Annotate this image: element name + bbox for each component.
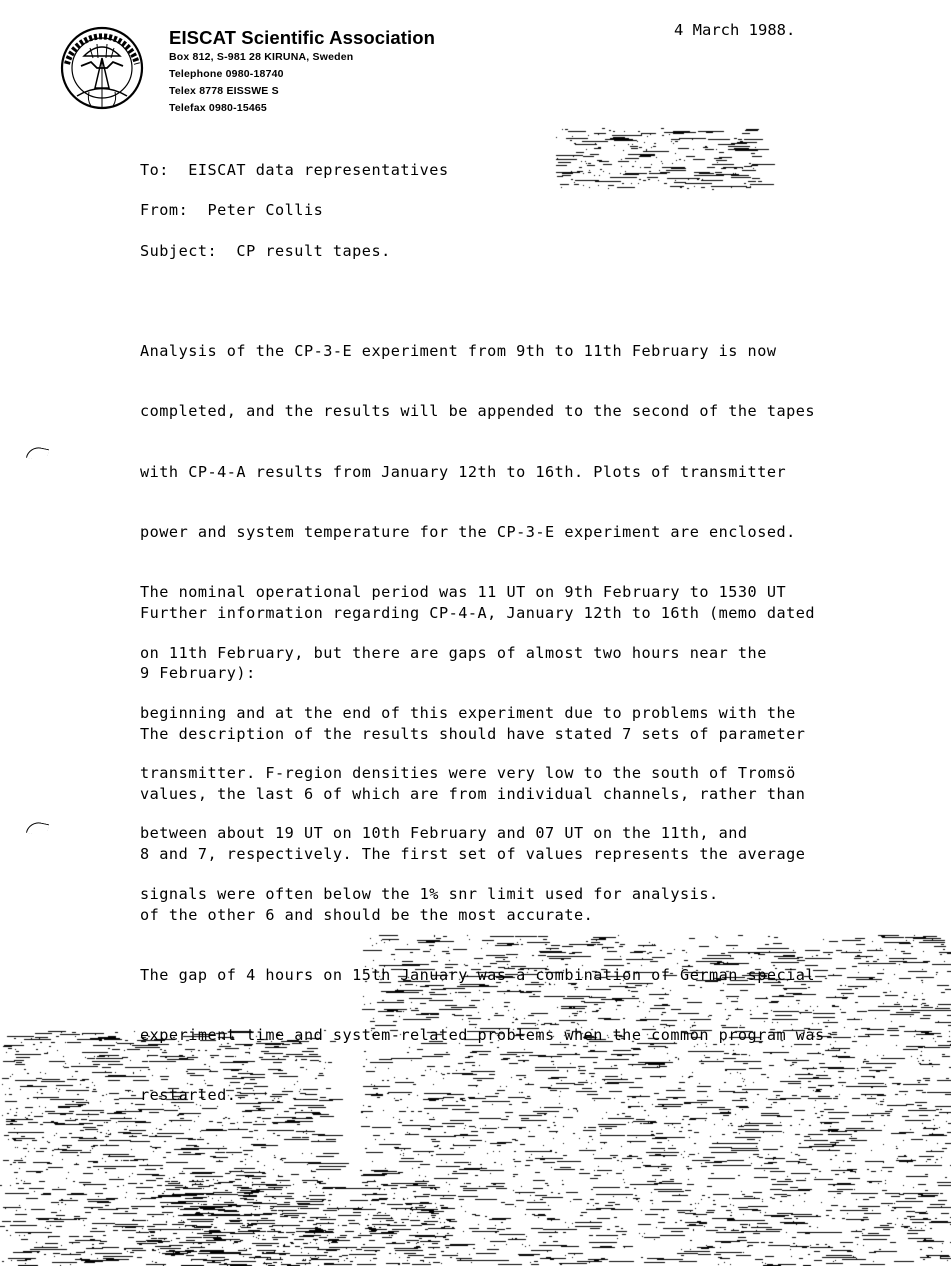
line: The description of the results should ha… [140,724,825,744]
line: 9 February): [140,663,825,683]
organization-telephone: Telephone 0980-18740 [169,66,435,83]
organization-telex: Telex 8778 EISSWE S [169,83,435,100]
line: of the other 6 and should be the most ac… [140,905,825,925]
line: The gap of 4 hours on 15th January was a… [140,965,825,985]
eiscat-logo-icon [57,26,147,110]
line: 8 and 7, respectively. The first set of … [140,844,825,864]
letter-date: 4 March 1988. [674,20,795,40]
organization-address: Box 812, S-981 28 KIRUNA, Sweden [169,49,435,66]
line: experiment time and system-related probl… [140,1025,825,1045]
line: Analysis of the CP-3-E experiment from 9… [140,341,815,361]
line: Further information regarding CP-4-A, Ja… [140,603,825,623]
line: values, the last 6 of which are from ind… [140,784,825,804]
memo-subject: Subject: CP result tapes. [140,241,391,261]
line: completed, and the results will be appen… [140,401,815,421]
organization-name: EISCAT Scientific Association [169,27,435,49]
line: restarted. [140,1085,825,1105]
letterhead: EISCAT Scientific Association Box 812, S… [169,27,435,117]
line: power and system temperature for the CP-… [140,522,815,542]
line: with CP-4-A results from January 12th to… [140,462,815,482]
body-paragraph-2: Further information regarding CP-4-A, Ja… [140,563,825,1126]
memo-from: From: Peter Collis [140,200,323,220]
memo-to: To: EISCAT data representatives [140,160,449,180]
organization-telefax: Telefax 0980-15465 [169,100,435,117]
